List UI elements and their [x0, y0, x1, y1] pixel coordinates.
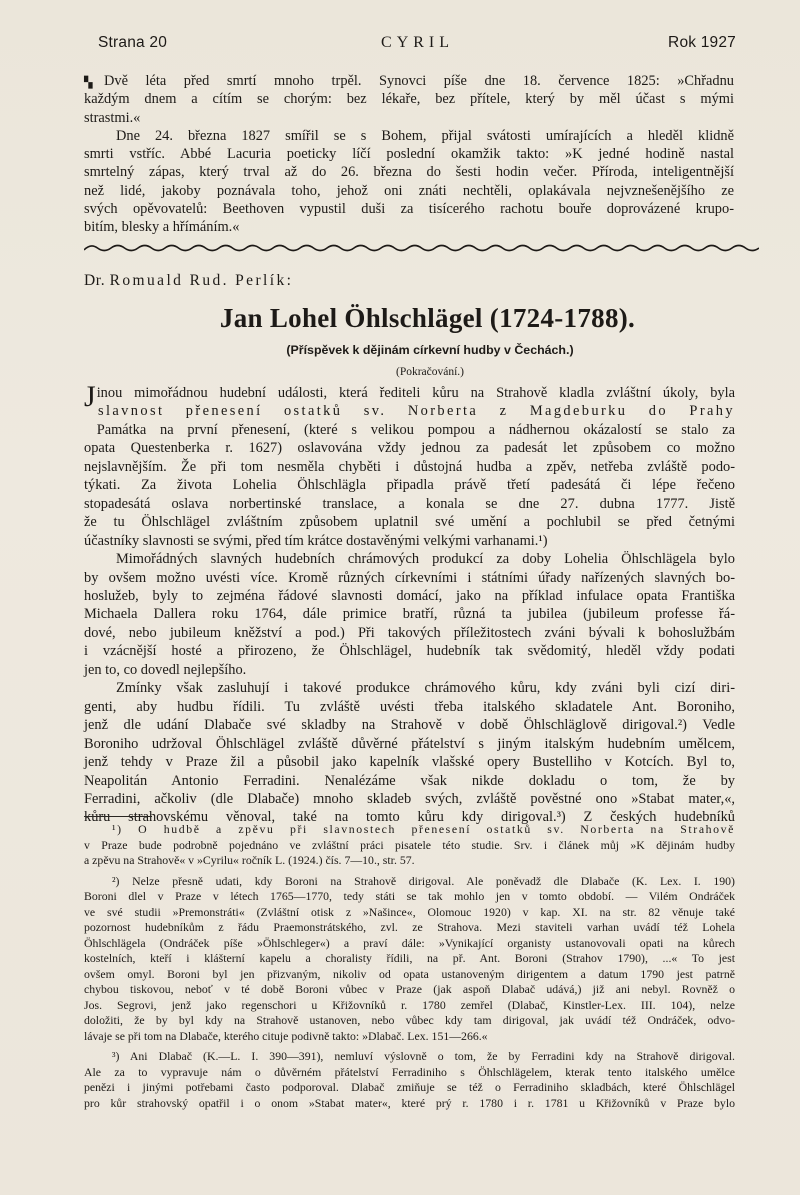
continuation-note: (Pokračování.)	[0, 366, 800, 378]
year-label: Rok 1927	[668, 34, 736, 52]
text-line: než lidé, jakoby poznávala toho, jehož o…	[84, 182, 734, 200]
text-line: inou mimořádnou hudební události, která …	[84, 384, 735, 402]
scanned-page: Strana 20 CYRIL Rok 1927 ▚ Dvě léta před…	[0, 0, 800, 1195]
footnote-line: kostelních, kteří i klášterní kapelu a c…	[84, 951, 735, 967]
journal-title: CYRIL	[381, 34, 454, 52]
footnote-line: ovšem omyl. Boroni byl jen přizvaným, ni…	[84, 967, 735, 983]
footnote-line: a zpěvu na Strahově« v »Cyrilu« ročník L…	[84, 853, 735, 869]
article-author: Dr. Romuald Rud. Perlík:	[84, 272, 293, 290]
text-line: týkati. Za života Lohelia Öhlschlägla př…	[84, 476, 735, 494]
text-line: jenž tehdy v Praze žil a působil jako ka…	[84, 753, 735, 771]
prior-article-lines: Dvě léta před smrtí mnoho trpěl. Synovci…	[84, 72, 734, 237]
text-line: bitím, blesky a hřímáním.«	[84, 218, 734, 236]
running-header: Strana 20 CYRIL Rok 1927	[98, 34, 736, 52]
text-line: Dvě léta před smrtí mnoho trpěl. Synovci…	[84, 72, 734, 90]
text-line: nejslavnějším. Že při tom nesměla chybět…	[84, 458, 735, 476]
footnote-3: ³) Ani Dlabač (K.—L. I. 390—391), nemluv…	[84, 1049, 735, 1111]
text-line: účastníky slavnosti se svými, před tím k…	[84, 532, 735, 550]
footnote-line: Boroni dlel v Praze v létech 1765—1770, …	[84, 889, 735, 905]
footnote-separator	[84, 816, 152, 817]
text-line: stopadesátá oslava norbertinské translac…	[84, 495, 735, 513]
footnotes: ¹) O hudbě a zpěvu při slavnostech přene…	[84, 822, 735, 1111]
text-line: svých opěvovatelů: Beethoven vypustil du…	[84, 200, 734, 218]
text-line: opata Questenberka r. 1627) oslavována v…	[84, 439, 735, 457]
text-line: Dne 24. března 1827 smířil se s Bohem, p…	[84, 127, 734, 145]
text-line: každým dnem a cítím se chorým: bez lékař…	[84, 90, 734, 108]
footnote-1: ¹) O hudbě a zpěvu při slavnostech přene…	[84, 822, 735, 869]
footnote-2: ²) Nelze přesně udati, kdy Boroni na Str…	[84, 874, 735, 1045]
text-line: že tu Öhlschlägel zvláštním způsobem upl…	[84, 513, 735, 531]
text-line: slavnost přenesení ostatků sv. Norberta …	[84, 402, 735, 420]
footnote-line: v Praze bude podrobně pojednáno ve zvláš…	[84, 838, 735, 854]
footnote-line: pozornost hudebníkům z řádu Praemonstrát…	[84, 920, 735, 936]
footnote-line: ve své studii »Premonstráti« (Zvláštní o…	[84, 905, 735, 921]
footnote-line: ²) Nelze přesně udati, kdy Boroni na Str…	[84, 874, 735, 890]
article-subtitle: (Příspěvek k dějinám církevní hudby v Če…	[0, 343, 800, 357]
text-line: Památka na první přenesení, (které s vel…	[84, 421, 735, 439]
text-line: smrti vstříc. Abbé Lacuria poeticky líčí…	[84, 145, 734, 163]
text-line: Mimořádných slavných hudebních chrámovýc…	[84, 550, 735, 568]
drop-initial: J	[84, 388, 96, 422]
footnote-line: Ale za to vypravuje nám o důvěrném přáte…	[84, 1065, 735, 1081]
text-line: jen to, co dovedl nejlepšího.	[84, 661, 735, 679]
text-line: smrtelný zápas, který trval až do 26. bř…	[84, 163, 734, 181]
author-name: Romuald Rud. Perlík:	[110, 272, 294, 289]
footnote-line: doložiti, že by byl kdy na Strahově usta…	[84, 1013, 735, 1029]
article-title: Jan Lohel Öhlschlägel (1724-1788).	[0, 303, 800, 334]
footnote-line: ³) Ani Dlabač (K.—L. I. 390—391), nemluv…	[84, 1049, 735, 1065]
footnote-line: Öhlschlägela (Ondráček píše »Öhlschleger…	[84, 936, 735, 952]
text-line: jenž dle udání Dlabače své skladby na St…	[84, 716, 735, 734]
footnote-line: Jos. Segrovi, jenž jako regenschori u Kř…	[84, 998, 735, 1014]
page-number: Strana 20	[98, 34, 167, 52]
text-line: Ferradini, ačkoliv (dle Dlabače) mnoho s…	[84, 790, 735, 808]
text-line: by ovšem možno uvésti více. Kromě různýc…	[84, 569, 735, 587]
footnote-line: lávaje se při tom na Dlabače, kterého ci…	[84, 1029, 735, 1045]
text-line: Boroniho udržoval Öhlschlägel zvláště dů…	[84, 735, 735, 753]
text-line: strastmi.«	[84, 109, 734, 127]
text-line: hoslužeb, byly to zejména řádové slavnos…	[84, 587, 735, 605]
footnote-line: chybou tiskovou, neboť v té době Boroni …	[84, 982, 735, 998]
footnote-line: penězi i jinými potřebami často podporov…	[84, 1080, 735, 1096]
article-lines: inou mimořádnou hudební události, která …	[84, 384, 735, 827]
footnote-line: ¹) O hudbě a zpěvu při slavnostech přene…	[84, 822, 735, 838]
text-line: i vzácnější hosté a přirozeno, že Öhlsch…	[84, 642, 735, 660]
footnote-line: pro kůr strahovský opatřil i o onom »Sta…	[84, 1096, 735, 1112]
text-line: Michaela Dallera roku 1764, dále primice…	[84, 605, 735, 623]
wavy-divider	[84, 242, 759, 254]
text-line: Neapolitán Antonio Ferradini. Nenalézáme…	[84, 772, 735, 790]
author-prefix: Dr.	[84, 272, 105, 289]
text-line: dové, nebo jubileum kněžství a pod.) Při…	[84, 624, 735, 642]
text-line: Zmínky však zasluhují i takové produkce …	[84, 679, 735, 697]
text-line: genti, aby hudbu řídili. Tu zvláště uvés…	[84, 698, 735, 716]
prior-article-ending: Dvě léta před smrtí mnoho trpěl. Synovci…	[84, 72, 734, 237]
article-body: J inou mimořádnou hudební události, kter…	[84, 384, 735, 827]
